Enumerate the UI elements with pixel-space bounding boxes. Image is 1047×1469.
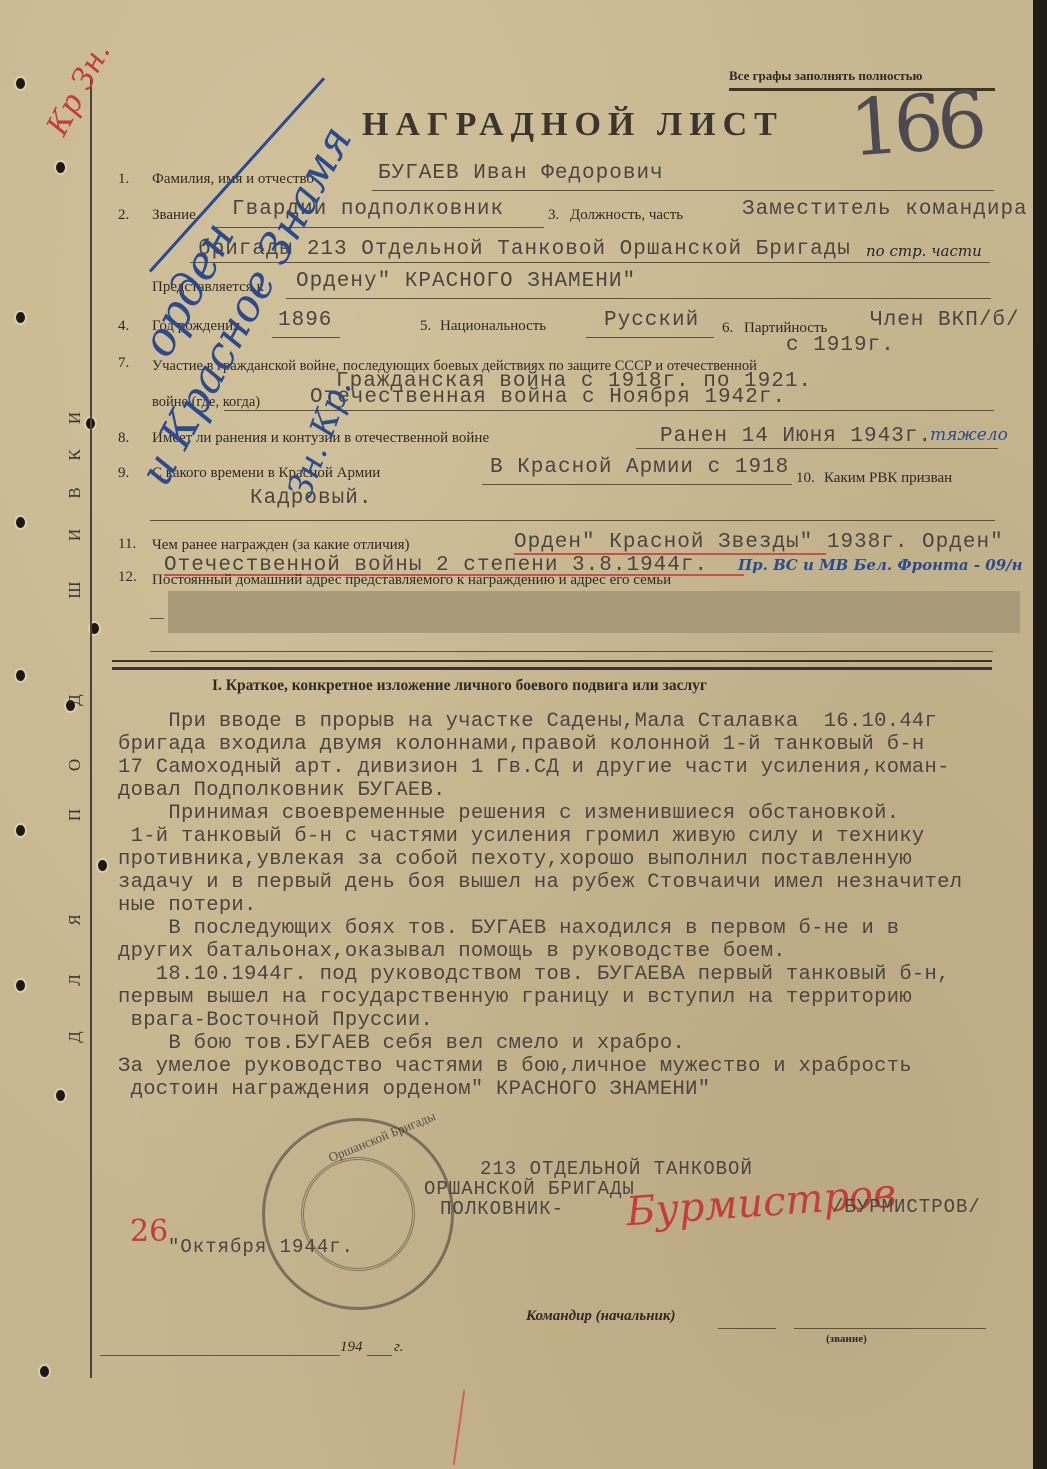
narrative-line: противника,увлекая за собой пехоту,хорош… — [118, 848, 962, 871]
punch-hole — [56, 162, 65, 173]
field-1-number: 1. — [118, 171, 129, 188]
narrative-line: 1-й танковый б-н с частями усиления гром… — [118, 825, 962, 848]
punch-hole — [16, 517, 25, 528]
field-9-number: 9. — [118, 465, 129, 482]
signer-name: /БУРМИСТРОВ/ — [832, 1196, 981, 1218]
signature-unit-line: 213 ОТДЕЛЬНОЙ ТАНКОВОЙ — [480, 1158, 753, 1180]
field-underline — [150, 651, 993, 652]
field-3-handwritten-note: по стр. части — [866, 242, 982, 260]
margin-letter: Л — [65, 969, 85, 991]
field-underline — [150, 618, 164, 619]
field-4-value: 1896 — [278, 309, 332, 332]
punch-hole — [56, 1090, 65, 1101]
narrative-line: ные потери. — [118, 894, 962, 917]
punch-hole — [16, 825, 25, 836]
field-underline — [100, 1355, 340, 1356]
field-6-value-cont: с 1919г. — [786, 334, 895, 357]
field-11-number: 11. — [118, 536, 136, 553]
nomination-value: Ордену" КРАСНОГО ЗНАМЕНИ" — [296, 270, 636, 293]
signature-rank-line: ПОЛКОВНИК- — [440, 1198, 564, 1220]
field-underline — [367, 1355, 392, 1356]
award-sheet-page: Д Л Я П О Д Ш И В К И Кр Зн. Все графы з… — [0, 0, 1033, 1469]
year-suffix: г. — [394, 1339, 403, 1356]
narrative-line: первым вышел на государственную границу … — [118, 986, 962, 1009]
field-8-handwritten-note: тяжело — [930, 425, 1008, 445]
narrative-line: достоин награждения орденом" КРАСНОГО ЗН… — [118, 1078, 962, 1101]
narrative-line: Принимая своевременные решения с изменив… — [118, 802, 962, 825]
field-4-number: 4. — [118, 318, 129, 335]
margin-letter: И — [65, 524, 85, 546]
field-underline — [636, 448, 998, 449]
field-7-number: 7. — [118, 355, 129, 372]
field-underline — [586, 337, 714, 338]
narrative-line: 17 Самоходный арт. дивизион 1 Гв.СД и др… — [118, 756, 962, 779]
field-3-label: Должность, часть — [570, 207, 683, 224]
field-11-handwritten-note: Пр. ВС и МВ Бел. Фронта - 09/н — [738, 556, 1023, 574]
field-3-value: Заместитель командира — [742, 198, 1028, 221]
narrative-line: довал Подполковник БУГАЕВ. — [118, 779, 962, 802]
narrative-line: бригада входила двумя колоннами,правой к… — [118, 733, 962, 756]
field-underline — [718, 1328, 776, 1329]
official-stamp: Оршанской Бригады — [262, 1118, 454, 1310]
narrative-line: задачу и в первый день боя вышел на рубе… — [118, 871, 962, 894]
field-3-number: 3. — [548, 207, 559, 224]
field-underline — [272, 337, 340, 338]
margin-letter: В — [65, 482, 85, 504]
field-12-label: Постоянный домашний адрес представляемог… — [152, 572, 671, 589]
field-9-value: В Красной Армии с 1918 — [490, 456, 789, 479]
section-divider — [112, 667, 992, 670]
field-5-value: Русский — [604, 309, 699, 332]
field-2-label: Звание — [152, 207, 196, 224]
date-day: 26 — [130, 1214, 168, 1249]
field-underline — [372, 190, 994, 191]
punch-hole — [16, 78, 25, 89]
field-underline — [150, 520, 995, 521]
field-11-value: Орден" Красной Звезды" 1938г. Орден" — [514, 531, 1004, 554]
narrative-line: 18.10.1944г. под руководством тов. БУГАЕ… — [118, 963, 962, 986]
narrative-text: При вводе в прорыв на участке Садены,Мал… — [118, 710, 962, 1101]
red-underline — [514, 553, 826, 555]
commander-label: Командир (начальник) — [526, 1308, 676, 1325]
field-8-value: Ранен 14 Июня 1943г. — [660, 425, 932, 448]
narrative-line: При вводе в прорыв на участке Садены,Мал… — [118, 710, 962, 733]
field-10-label: Каким РВК призван — [824, 470, 952, 487]
stamp-text: Оршанской Бригады — [326, 1108, 438, 1166]
date-rest: "Октября 1944г. — [168, 1236, 354, 1258]
field-underline — [190, 262, 990, 263]
field-10-number: 10. — [796, 470, 815, 487]
narrative-line: В последующих боях тов. БУГАЕВ находился… — [118, 917, 962, 940]
rank-label: (звание) — [826, 1333, 867, 1345]
margin-letter: И — [65, 407, 85, 429]
field-2-number: 2. — [118, 207, 129, 224]
field-5-label: Национальность — [440, 318, 546, 335]
binding-margin-line — [90, 78, 92, 1378]
corner-note: Кр Зн. — [40, 37, 118, 142]
field-6-value: Член ВКП/б/ — [870, 309, 1020, 332]
margin-letter: Я — [65, 909, 85, 931]
field-6-number: 6. — [722, 320, 733, 337]
year-label: 194 — [340, 1339, 363, 1356]
field-7-value-cont: Отечественная война с Ноября 1942г. — [310, 386, 786, 409]
punch-hole — [98, 860, 107, 871]
margin-letter: О — [65, 754, 85, 776]
field-12-number: 12. — [118, 569, 137, 586]
signature-unit-line: ОРШАНСКОЙ БРИГАДЫ — [424, 1178, 635, 1200]
redacted-address — [168, 591, 1020, 633]
punch-hole — [16, 670, 25, 681]
margin-letter: Д — [65, 1026, 85, 1048]
red-pencil-mark — [453, 1390, 465, 1465]
punch-hole — [16, 980, 25, 991]
section-divider — [112, 660, 992, 662]
field-5-number: 5. — [420, 318, 431, 335]
page-title: НАГРАДНОЙ ЛИСТ — [362, 106, 784, 144]
margin-letter: К — [65, 444, 85, 466]
field-underline — [794, 1328, 986, 1329]
punch-hole — [16, 312, 25, 323]
margin-letter: Д — [65, 689, 85, 711]
narrative-line: За умелое руководство частями в бою,личн… — [118, 1055, 962, 1078]
sheet-number: 166 — [847, 76, 984, 175]
section-heading: I. Краткое, конкретное изложение личного… — [212, 677, 707, 695]
narrative-line: других батальонах,оказывал помощь в руко… — [118, 940, 962, 963]
margin-letter: П — [65, 804, 85, 826]
narrative-line: В бою тов.БУГАЕВ себя вел смело и храбро… — [118, 1032, 962, 1055]
field-1-value: БУГАЕВ Иван Федорович — [378, 162, 664, 185]
field-underline — [286, 298, 991, 299]
narrative-line: врага-Восточной Пруссии. — [118, 1009, 962, 1032]
field-8-number: 8. — [118, 430, 129, 447]
field-underline — [482, 484, 792, 485]
field-11-label: Чем ранее награжден (за какие отличия) — [152, 537, 410, 554]
punch-hole — [40, 1366, 49, 1377]
margin-letter: Ш — [65, 579, 85, 601]
